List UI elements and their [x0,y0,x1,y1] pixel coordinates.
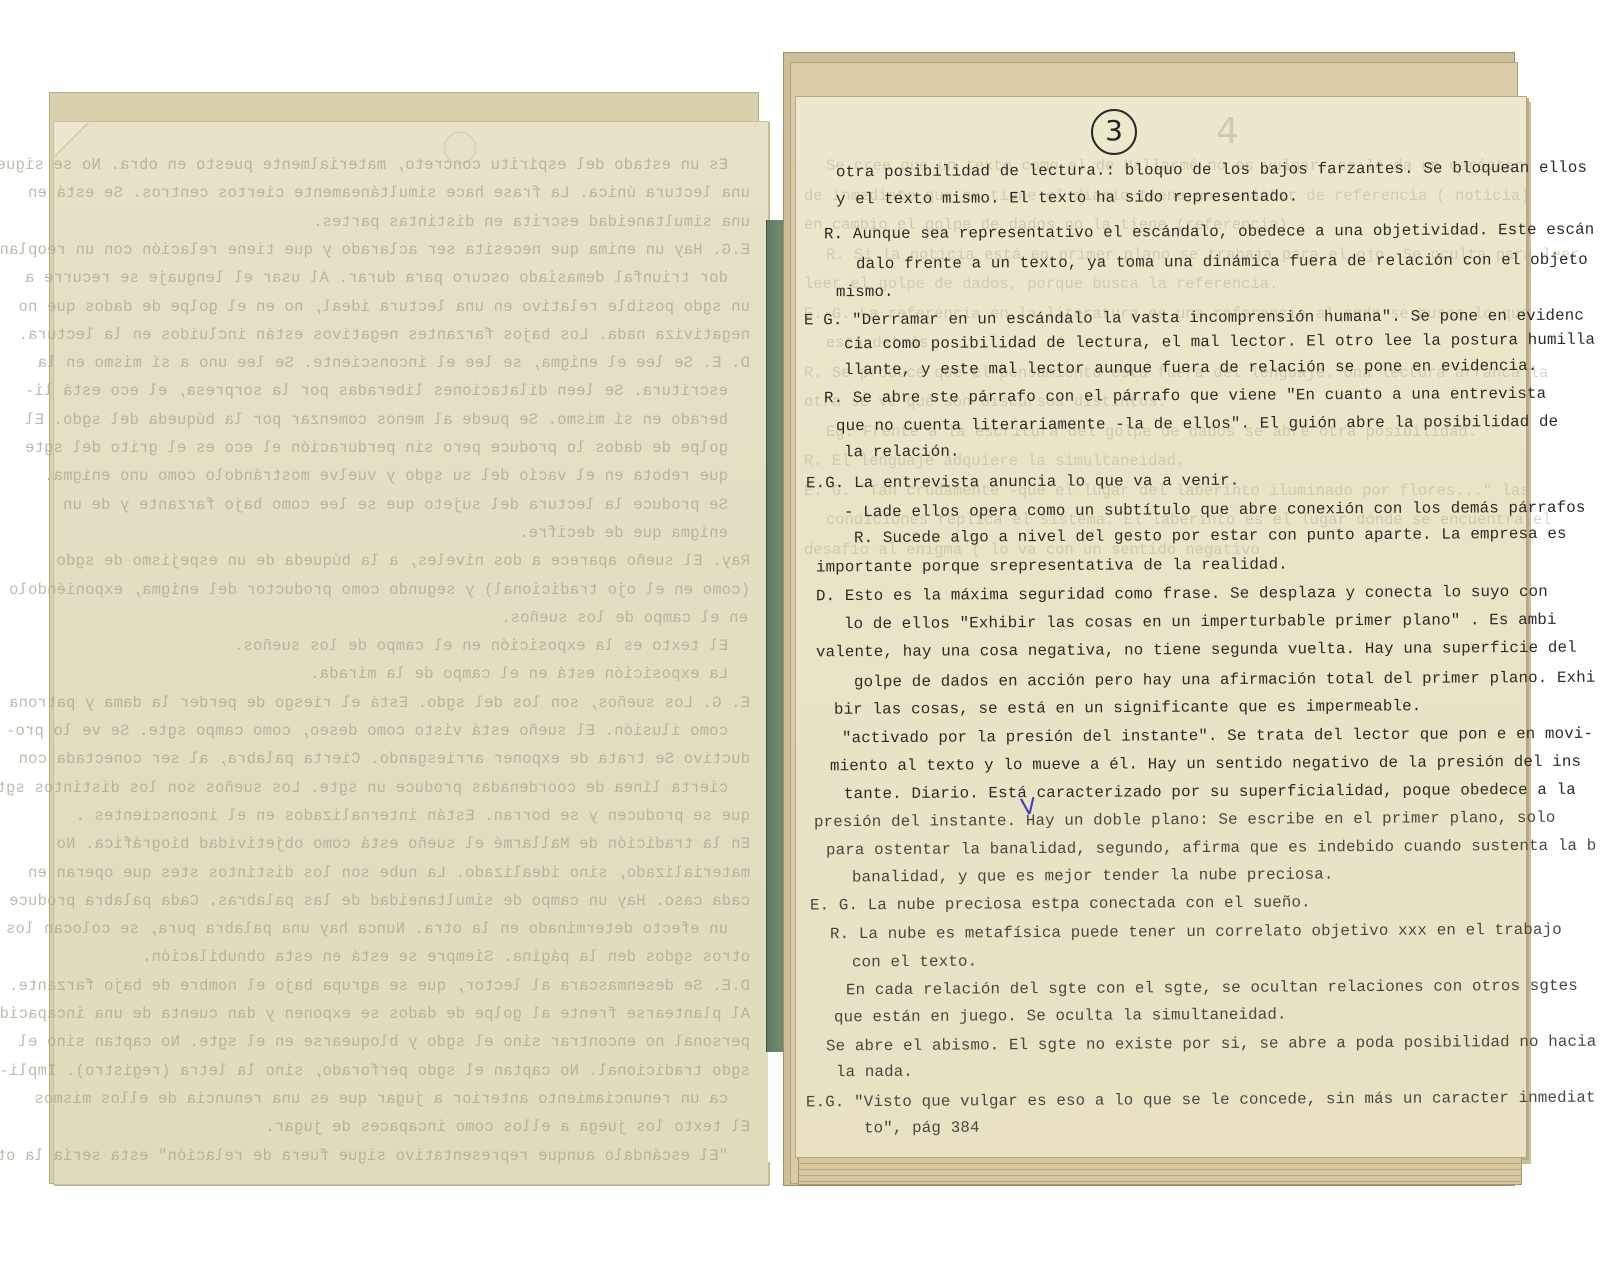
left-page-bleed-through-text: Es un estado del espíritu concreto, mate… [54,122,768,1184]
left-bleed-line: que rebota en el vacío del su sgdo y vue… [44,467,728,485]
typed-line: para ostentar la banalidad, segundo, afi… [826,837,1596,860]
typed-line: banalidad, y que es mejor tender la nube… [852,866,1334,887]
left-bleed-line: berado en sí mismo. Se puede al menos co… [25,411,728,429]
left-bleed-line: cierta línea de coordenadas produce un s… [0,779,728,797]
right-page: 3 4 Se cree que un texto como el de Mall… [795,96,1527,1158]
typed-line: y el texto mismo. El texto ha sido repre… [836,188,1298,209]
typed-line: lo de ellos "Exhibir las cosas en un imp… [844,611,1557,633]
left-bleed-line: un efecto determinado en la otra. Nunca … [0,920,728,938]
typed-line: cia como posibilidad de lectura, el mal … [844,331,1595,354]
typed-line: R. Aunque sea representativo el escándal… [824,221,1594,244]
typed-line: R. Sucede algo a nivel del gesto por est… [854,525,1567,547]
left-bleed-line: sgdo tradicional. No captan el sgdo perf… [0,1062,750,1080]
page-stack-bottom-edges [798,1158,1522,1185]
left-bleed-line: dor triunfal demasiado oscuro para durar… [25,269,728,287]
left-bleed-line: ductivo Se trata de exponer arriesgando.… [18,750,750,768]
left-bleed-line: D.E. Se desenmascara al lector, que se a… [9,977,750,995]
typed-line: En cada relación del sgte con el sgte, s… [846,977,1578,999]
left-bleed-line: Al plantearse frente al golpe de dados s… [0,1005,750,1023]
left-bleed-line: E.G. Hay un enima que necesita ser aclar… [0,241,750,259]
typed-line: E. G. La nube preciosa estpa conectada c… [810,893,1311,914]
typed-line: bir las cosas, se está en un significant… [834,697,1422,719]
left-bleed-line: Se produce la lectura del sujeto que se … [63,496,728,514]
left-bleed-line: una lectura única. La frase hace simultá… [28,184,750,202]
left-bleed-line: Es un estado del espíritu concreto, mate… [0,156,728,174]
left-bleed-line: un sgdo posible relativo en una lectura … [18,298,750,316]
left-bleed-line: E. G. Los sueños, son los del sgdo. Está… [9,694,750,712]
typed-line: mismo. [836,283,894,301]
left-bleed-line: negativiza nada. Los bajos farzantes neg… [18,326,750,344]
left-bleed-line: El texto es la exposición en el campo de… [234,637,728,655]
left-bleed-line: El texto los juega a ellos como incapace… [265,1118,750,1136]
left-bleed-line: golpe de dados lo produce pero sin perdu… [25,439,728,457]
typed-line: Se abre el abismo. El sgte no existe por… [826,1033,1596,1056]
typed-line: R. Se abre ste párrafo con el párrafo qu… [824,385,1546,407]
typed-line: E.G. La entrevista anuncia lo que va a v… [806,472,1239,493]
typed-line: la nada. [836,1063,913,1081]
left-bleed-line: Ray. El sueño aparece a dos niveles, a l… [56,552,750,570]
left-bleed-line: En la tradición de Mallarmé el sueño est… [56,835,750,853]
typed-line: dalo frente a un texto, ya toma una diná… [856,251,1588,273]
typed-line: con el texto. [852,953,977,972]
circled-page-number: 3 [1091,109,1137,155]
typed-line: otra posibilidad de lectura.: bloquo de … [836,159,1587,182]
typed-line: la relación. [844,443,960,462]
left-bleed-line: que se producen y se borran. Están inter… [75,807,750,825]
left-bleed-line: D. E. Se lee el enigma, se lee el incons… [37,354,750,372]
typed-line: miento al texto y lo mueve a él. Hay un … [830,753,1581,776]
left-bleed-line: (como en el ojo tradicional) y segundo c… [9,581,750,599]
typed-line: tante. Diario. Está caracterizado por su… [844,781,1576,803]
typed-line: valente, hay una cosa negativa, no tiene… [816,639,1577,662]
left-bleed-line: enigma que de decifre. [519,524,728,542]
typed-line: que están en juego. Se oculta la simulta… [834,1006,1287,1027]
left-bleed-line: escritura. Se leen dilataciones liberada… [25,382,728,400]
left-bleed-line: en el campo de los sueños. [501,609,748,627]
typed-line: E.G. "Visto que vulgar es eso a lo que s… [806,1089,1596,1112]
typed-line: golpe de dados en acción pero hay una af… [854,669,1596,692]
left-bleed-line: materializado, sino idealizado. La nube … [28,864,750,882]
left-bleed-line: como ilusión. El sueño está visto como d… [6,722,728,740]
typed-line: to", pág 384 [864,1119,980,1138]
typed-line: R. La nube es metafísica puede tener un … [830,921,1562,943]
left-bleed-line: "El escándalo aunque representativo sigu… [0,1147,728,1165]
typed-line: D. Esto es la máxima seguridad como fras… [816,583,1548,605]
left-page: Es un estado del espíritu concreto, mate… [53,121,769,1185]
typed-line: importante porque srepresentativa de la … [816,556,1288,577]
left-bleed-line: cada caso. Hay un campo de simultaneidad… [9,892,750,910]
left-bleed-line: La exposición está en el campo de la mir… [310,665,728,683]
left-bleed-line: otros sgdos den la página. Siempre se es… [142,948,750,966]
left-bleed-line: una simultaneidad escrita en distintas p… [313,213,750,231]
faint-page-number: 4 [1216,111,1239,152]
left-bleed-line: personal no encontrar sino el sgdo y blo… [18,1033,750,1051]
typed-line: "activado por la presión del instante". … [842,725,1593,748]
typed-line: presión del instante. Hay un doble plano… [814,809,1556,832]
left-bleed-line: ca un renunciamiento anterior a jugar qu… [34,1090,728,1108]
typed-line: E G. "Derramar en un escándalo la vasta … [804,307,1584,330]
